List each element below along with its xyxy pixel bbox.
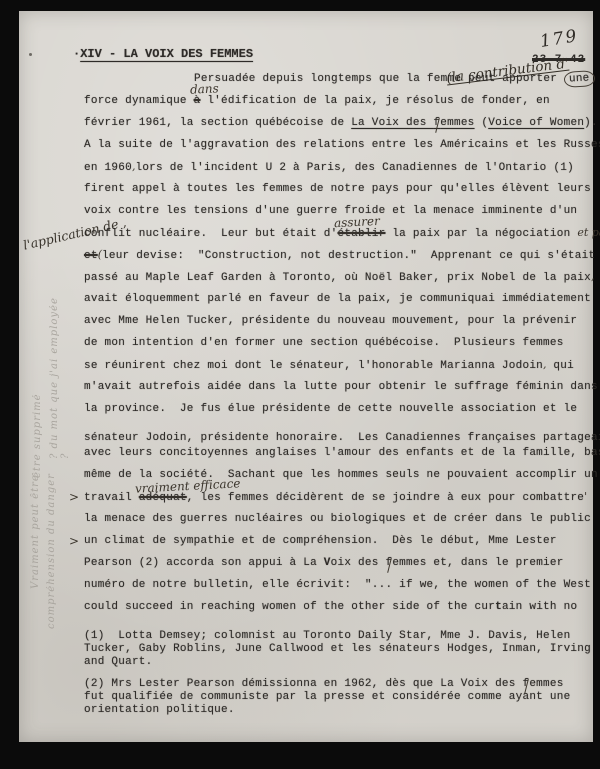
typed-line: >travail adéquatvraiment efficace, les f…: [84, 486, 600, 508]
typed-line: la menace des guerres nucléaires ou biol…: [84, 508, 600, 530]
typed-segment: La Voix des: [351, 117, 433, 129]
handwritten-edit: ,: [591, 270, 595, 283]
typed-line: avec leurs concitoyennes anglaises l'amo…: [84, 442, 600, 464]
typed-line: orientation politique.: [84, 704, 600, 717]
typed-line: fut qualifiée de communiste par la press…: [84, 691, 600, 704]
pencil-margin-note: ? du mot que j'ai employée ?: [49, 294, 71, 459]
handwritten-margin-mark: >: [69, 486, 79, 508]
footnotes: (1) Lotta Demsey; colomnist au Toronto D…: [84, 630, 600, 726]
typed-line: en 1960,lors de l'incident U 2 à Paris, …: [84, 156, 600, 178]
typed-line: A la suite de l'aggravation des relation…: [84, 134, 600, 156]
typed-segment: se réunirent chez moi dont le sénateur, …: [84, 360, 543, 372]
typed-segment: fut qualifiée de communiste par la press…: [84, 691, 570, 703]
typed-segment: l'édification de la paix, je résolus de …: [200, 95, 549, 107]
typed-line: and Quart.: [84, 656, 600, 669]
handwritten-page-number: 179: [539, 26, 580, 52]
typed-segment: de mon intention d'en former une section…: [84, 337, 564, 349]
typed-segment: emmes et, dans le premier: [392, 557, 563, 569]
typed-segment: (1) Lotta Demsey; colomnist au Toronto D…: [84, 630, 570, 642]
typed-segment: , les femmes décidèrent de se joindre à …: [187, 492, 584, 504]
typed-segment: ain with no: [502, 601, 577, 613]
typed-segment: force dynamique: [84, 95, 194, 107]
typed-segment: Tucker, Gaby Roblins, June Callwood et l…: [84, 643, 591, 655]
typed-segment: établirassurer: [338, 228, 386, 240]
typed-segment: could succeed in reaching women of the o…: [84, 601, 495, 613]
typed-segment: orientation politique.: [84, 704, 235, 716]
typed-line: conflit nucléaire. Leur but était d'étab…: [84, 222, 600, 244]
typed-line: Tucker, Gaby Roblins, June Callwood et l…: [84, 643, 600, 656]
typed-line: se réunirent chez moi dont le sénateur, …: [84, 354, 600, 376]
typed-segment: passé au Maple Leaf Garden à Toronto, où…: [84, 272, 591, 284]
typed-segment: Pearson (2) accorda son appui à La: [84, 557, 324, 569]
typed-segment: Voice of Women: [488, 117, 584, 129]
typed-line: la province. Je fus élue présidente de c…: [84, 398, 600, 420]
typed-segment: Persuadée depuis longtemps que la femme …: [194, 73, 564, 85]
handwritten-edit: et par: [577, 226, 600, 239]
typed-segment: en 1960: [84, 162, 132, 174]
handwritten-insertion: dans: [189, 82, 218, 95]
chapter-title: XIV - LA VOIX DES FEMMES: [80, 47, 261, 61]
typed-segment: numéro de notre bulletin, elle écrivit: …: [84, 579, 591, 591]
handwritten-edit: ': [584, 490, 587, 503]
typed-segment: la province. Je fus élue présidente de c…: [84, 403, 577, 415]
typed-line: firent appel à toutes les femmes de notr…: [84, 178, 600, 200]
typed-segment: leur devise: "Construction, not destruct…: [102, 250, 595, 262]
typed-segment: emmes: [440, 117, 474, 129]
typed-line: passé au Maple Leaf Garden à Toronto, où…: [84, 266, 600, 288]
typed-segment: A la suite de l'aggravation des relation…: [84, 139, 600, 151]
typed-line: avec Mme Helen Tucker, présidente du nou…: [84, 310, 600, 332]
typed-segment: àdans: [194, 95, 201, 107]
typed-line: (2) Mrs Lester Pearson démissionna en 19…: [84, 678, 600, 691]
typed-line: m'avait autrefois aidée dans la lutte po…: [84, 376, 600, 398]
typed-line: de mon intention d'en former une section…: [84, 332, 600, 354]
pencil-margin-note: compréhension du danger: [46, 449, 57, 629]
typed-segment: travail: [84, 492, 139, 504]
typed-line: numéro de notre bulletin, elle écrivit: …: [84, 574, 600, 596]
typed-line: avait éloquemment parlé en faveur de la …: [84, 288, 600, 310]
typed-segment: emmes: [529, 678, 563, 690]
typed-line: et(leur devise: "Construction, not destr…: [84, 244, 600, 266]
typed-segment: lors de l'incident U 2 à Paris, des Cana…: [135, 162, 573, 174]
typed-line: >un climat de sympathie et de compréhens…: [84, 530, 600, 552]
footnote: (1) Lotta Demsey; colomnist au Toronto D…: [84, 630, 600, 669]
handwritten-insertion: assurer: [333, 215, 379, 229]
typed-segment: (2) Mrs Lester Pearson démissionna en 19…: [84, 678, 522, 690]
typed-segment: un climat de sympathie et de compréhensi…: [84, 535, 557, 547]
typed-segment: avait éloquemment parlé en faveur de la …: [84, 293, 591, 305]
typed-segment: f: [433, 117, 440, 129]
typed-segment: ).: [584, 117, 598, 129]
typed-segment: la menace des guerres nucléaires ou biol…: [84, 513, 591, 525]
typed-line: force dynamique àdans l'édification de l…: [84, 90, 600, 112]
typed-line: could succeed in reaching women of the o…: [84, 596, 600, 618]
typed-segment: avec Mme Helen Tucker, présidente du nou…: [84, 315, 577, 327]
typed-segment: f: [385, 557, 392, 569]
typed-segment: firent appel à toutes les femmes de notr…: [84, 183, 591, 195]
typed-segment: et: [84, 250, 98, 262]
typed-segment: and Quart.: [84, 656, 153, 668]
typed-segment: février 1961, la section québécoise de: [84, 117, 351, 129]
typed-segment: V: [324, 557, 331, 569]
typed-segment: m'avait autrefois aidée dans la lutte po…: [84, 381, 598, 393]
manuscript-scan: ·XIV - LA VOIX DES FEMMES 179 23-7-42 (l…: [0, 0, 600, 769]
typed-line: sénateur Jodoin, présidente honoraire. L…: [84, 420, 600, 442]
typed-segment: (: [475, 117, 489, 129]
handwritten-margin-mark: >: [69, 530, 79, 552]
typed-segment: une: [564, 70, 595, 88]
typed-segment: conflit nucléaire. Leur but était d': [84, 228, 338, 240]
typed-line: Pearson (2) accorda son appui à La Voix …: [84, 552, 600, 574]
typed-line: février 1961, la section québécoise de L…: [84, 112, 600, 134]
footnote: (2) Mrs Lester Pearson démissionna en 19…: [84, 678, 600, 717]
typed-segment: t: [495, 601, 502, 613]
pencil-dot: [29, 53, 32, 56]
pencil-margin-note: Vraiment peut être: [30, 439, 41, 589]
typed-segment: même de la société. Sachant que les homm…: [84, 469, 598, 481]
manuscript-page: ·XIV - LA VOIX DES FEMMES 179 23-7-42 (l…: [19, 11, 593, 742]
typed-line: (1) Lotta Demsey; colomnist au Toronto D…: [84, 630, 600, 643]
chapter-heading: ·XIV - LA VOIX DES FEMMES: [73, 46, 261, 62]
typed-segment: oix des: [331, 557, 386, 569]
typed-line: Persuadée depuis longtemps que la femme …: [84, 68, 600, 90]
typed-segment: f: [522, 678, 529, 690]
typed-body: Persuadée depuis longtemps que la femme …: [84, 68, 600, 618]
typed-segment: adéquatvraiment efficace: [139, 492, 187, 504]
typed-segment: voix contre les tensions d'une guerre fr…: [84, 205, 577, 217]
typed-segment: avec leurs concitoyennes anglaises l'amo…: [84, 447, 600, 459]
typed-segment: qui: [547, 360, 574, 372]
typed-segment: la paix par la négociation: [385, 228, 577, 240]
